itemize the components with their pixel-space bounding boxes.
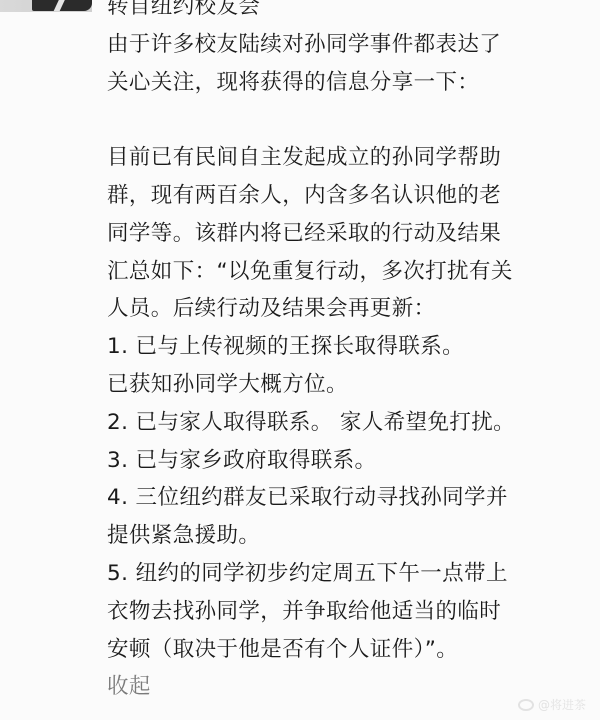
list-item: 提供紧急援助。	[107, 517, 577, 555]
paragraph-line: 人员。后续行动及结果会再更新：	[107, 290, 577, 328]
paragraph-line: 由于许多校友陆续对孙同学事件都表达了	[107, 26, 577, 64]
collapse-link[interactable]: 收起	[107, 668, 577, 706]
post-header: 转自纽约校友会	[107, 0, 577, 26]
paragraph-line: 关心关注，现将获得的信息分享一下：	[107, 64, 577, 102]
watermark: @将进茶	[518, 696, 586, 713]
paragraph-line: 同学等。该群内将已经采取的行动及结果	[107, 215, 577, 253]
avatar[interactable]	[32, 0, 92, 11]
post-body: 转自纽约校友会 由于许多校友陆续对孙同学事件都表达了 关心关注，现将获得的信息分…	[107, 0, 577, 706]
list-item: 已获知孙同学大概方位。	[107, 366, 577, 404]
weibo-icon	[518, 699, 534, 711]
paragraph-gap	[107, 101, 577, 139]
list-item: 1. 已与上传视频的王探长取得联系。	[107, 328, 577, 366]
watermark-text: @将进茶	[538, 696, 586, 713]
list-item: 3. 已与家乡政府取得联系。	[107, 442, 577, 480]
list-item: 4. 三位纽约群友已采取行动寻找孙同学并	[107, 479, 577, 517]
list-item: 衣物去找孙同学，并争取给他适当的临时	[107, 593, 577, 631]
paragraph-line: 汇总如下：“以免重复行动，多次打扰有关	[107, 253, 577, 291]
list-item: 安顿（取决于他是否有个人证件）”。	[107, 631, 577, 669]
paragraph-line: 目前已有民间自主发起成立的孙同学帮助	[107, 139, 577, 177]
paragraph-line: 群，现有两百余人，内含多名认识他的老	[107, 177, 577, 215]
list-item: 5. 纽约的同学初步约定周五下午一点带上	[107, 555, 577, 593]
list-item: 2. 已与家人取得联系。 家人希望免打扰。	[107, 404, 577, 442]
